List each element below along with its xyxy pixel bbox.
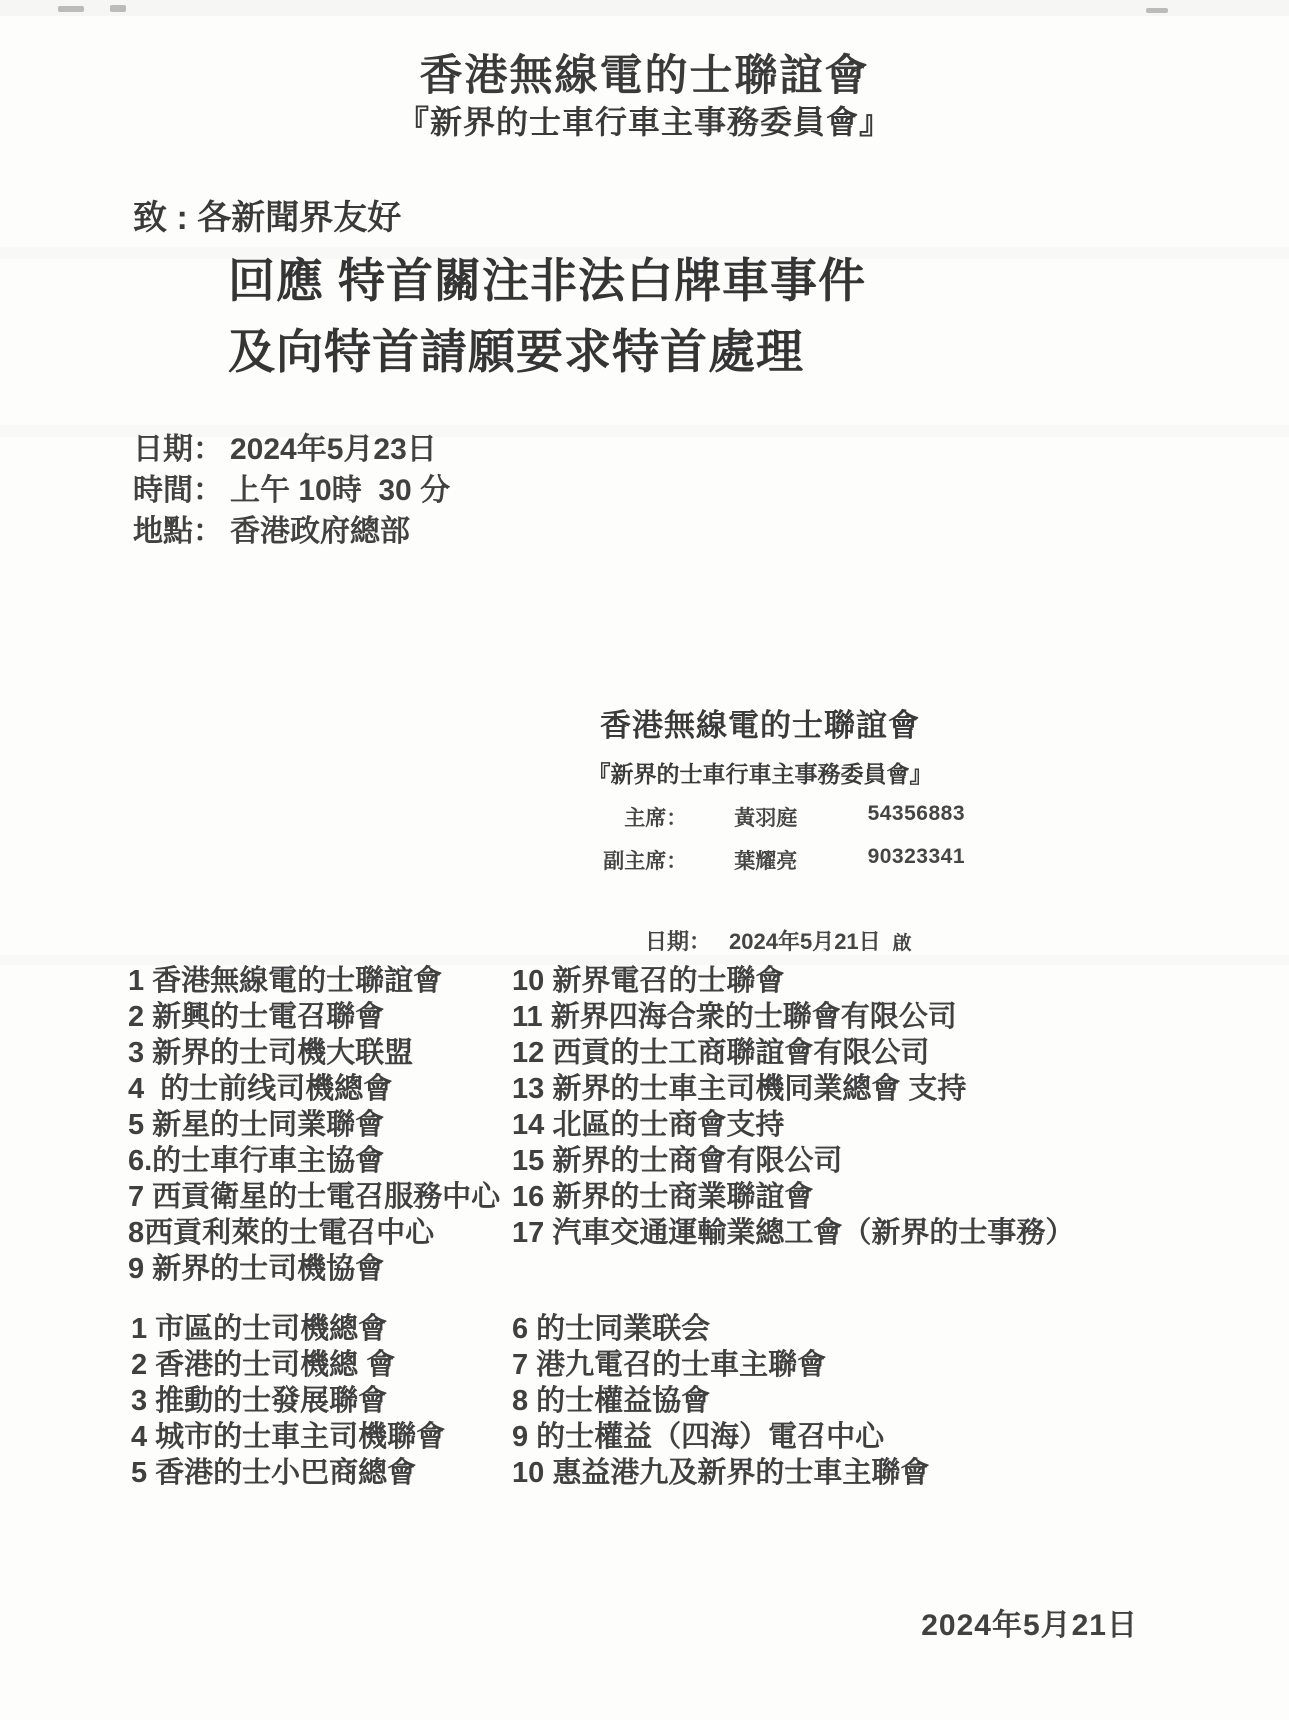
event-date-value: 2024年5月23日 (230, 424, 437, 465)
supporter-item: 11 新界四海合衆的士聯會有限公司 (512, 999, 1074, 1035)
supporter-list-group2-left: 1 市區的士司機總會 2 香港的士司機總 會 3 推動的士發展聯會 4 城市的士… (131, 1311, 445, 1491)
signature-org-name: 香港無線電的士聯誼會 (555, 700, 965, 745)
signature-committee-name: 『新界的士車行車主事務委員會』 (555, 756, 965, 789)
scan-speck (58, 6, 84, 12)
event-venue-row: 地點： 香港政府總部 (133, 506, 450, 547)
event-time-row: 時間： 上午 10時 30 分 (133, 465, 450, 506)
event-details: 日期： 2024年5月23日 時間： 上午 10時 30 分 地點： 香港政府總… (133, 424, 450, 547)
supporter-item: 12 西貢的士工商聯誼會有限公司 (512, 1035, 1074, 1071)
supporter-item: 7 港九電召的士車主聯會 (512, 1347, 929, 1383)
event-venue-label: 地點： (133, 506, 230, 547)
scan-artifact (0, 0, 1289, 16)
signature-date-label: 日期： (645, 929, 711, 954)
supporter-item: 14 北區的士商會支持 (512, 1107, 1074, 1143)
event-time-value: 上午 10時 30 分 (230, 465, 450, 506)
supporter-list-group1-right: 10 新界電召的士聯會 11 新界四海合衆的士聯會有限公司 12 西貢的士工商聯… (512, 963, 1074, 1251)
supporter-item: 2 香港的士司機總 會 (131, 1347, 445, 1383)
scan-speck (110, 5, 126, 12)
signature-block: 香港無線電的士聯誼會 『新界的士車行車主事務委員會』 主席： 黃羽庭 54356… (555, 700, 965, 982)
vice-chairman-label: 副主席： (555, 845, 687, 875)
supporter-item: 2 新興的士電召聯會 (128, 999, 500, 1035)
event-date-row: 日期： 2024年5月23日 (133, 424, 450, 465)
document-page: 香港無線電的士聯誼會 『新界的士車行車主事務委員會』 致 : 各新聞界友好 回應… (0, 0, 1289, 1720)
signature-date-value: 2024年5月21日 (729, 929, 881, 954)
headline-line2: 及向特首請願要求特首處理 (228, 315, 804, 382)
event-venue-value: 香港政府總部 (230, 506, 410, 547)
supporter-item: 5 新星的士同業聯會 (128, 1107, 500, 1143)
supporter-item: 8西貢利萊的士電召中心 (128, 1215, 500, 1251)
footer-date: 2024年5月21日 (921, 1600, 1138, 1644)
vice-chairman-phone: 90323341 (868, 845, 965, 875)
supporter-item: 7 西貢衛星的士電召服務中心 (128, 1179, 500, 1215)
supporter-item: 15 新界的士商會有限公司 (512, 1143, 1074, 1179)
supporter-item: 1 香港無線電的士聯誼會 (128, 963, 500, 999)
supporter-item: 13 新界的士車主司機同業總會 支持 (512, 1071, 1074, 1107)
supporter-item: 3 推動的士發展聯會 (131, 1383, 445, 1419)
supporter-item: 4 的士前线司機總會 (128, 1071, 500, 1107)
event-time-label: 時間： (133, 465, 230, 506)
supporter-item: 4 城市的士車主司機聯會 (131, 1419, 445, 1455)
supporter-item: 1 市區的士司機總會 (131, 1311, 445, 1347)
salutation-line: 致 : 各新聞界友好 (133, 190, 401, 239)
org-title: 香港無線電的士聯誼會 (0, 42, 1289, 103)
supporter-item: 10 惠益港九及新界的士車主聯會 (512, 1455, 929, 1491)
supporter-list-group2-right: 6 的士同業联会 7 港九電召的士車主聯會 8 的士權益協會 9 的士權益（四海… (512, 1311, 929, 1491)
supporter-item: 6.的士車行車主協會 (128, 1143, 500, 1179)
chairman-phone: 54356883 (868, 802, 965, 832)
event-date-label: 日期： (133, 424, 230, 465)
supporter-item: 6 的士同業联会 (512, 1311, 929, 1347)
supporter-item: 9 新界的士司機協會 (128, 1251, 500, 1287)
committee-subtitle: 『新界的士車行車主事務委員會』 (0, 97, 1289, 143)
supporter-item: 3 新界的士司機大联盟 (128, 1035, 500, 1071)
supporter-list-group1-left: 1 香港無線電的士聯誼會 2 新興的士電召聯會 3 新界的士司機大联盟 4 的士… (128, 963, 500, 1287)
supporter-item: 5 香港的士小巴商總會 (131, 1455, 445, 1491)
supporter-item: 10 新界電召的士聯會 (512, 963, 1074, 999)
supporter-item: 16 新界的士商業聯誼會 (512, 1179, 1074, 1215)
supporter-item: 9 的士權益（四海）電召中心 (512, 1419, 929, 1455)
chairman-row: 主席： 黃羽庭 54356883 (555, 802, 965, 832)
chairman-name: 黃羽庭 (687, 802, 867, 832)
vice-chairman-name: 葉耀亮 (687, 845, 867, 875)
chairman-label: 主席： (555, 802, 687, 832)
scan-speck (1146, 8, 1168, 13)
supporter-item: 17 汽車交通運輸業總工會（新界的士事務） (512, 1215, 1074, 1251)
supporter-item: 8 的士權益協會 (512, 1383, 929, 1419)
signature-date-suffix: 啟 (881, 933, 912, 954)
headline-line1: 回應 特首關注非法白牌車事件 (228, 244, 866, 311)
vice-chairman-row: 副主席： 葉耀亮 90323341 (555, 845, 965, 875)
